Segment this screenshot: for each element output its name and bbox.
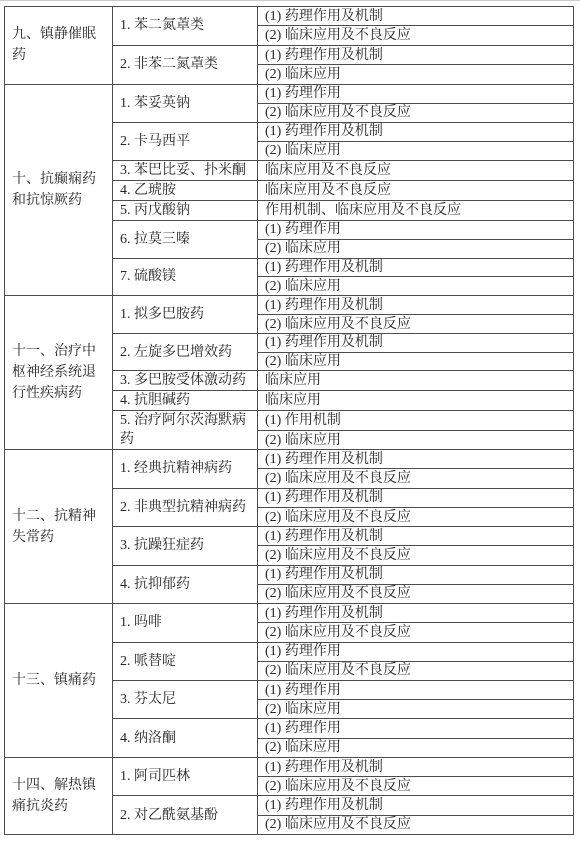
study-points-group: (1) 药理作用及机制(2) 临床应用及不良反应 <box>258 450 573 487</box>
study-point-cell: (1) 药理作用及机制 <box>258 604 573 622</box>
study-point-cell: (2) 临床应用及不良反应 <box>258 468 573 487</box>
category-section-row: 十、抗癫痫药和抗惊厥药1. 苯妥英钠(1) 药理作用(2) 临床应用及不良反应2… <box>5 84 573 296</box>
study-point-cell: 作用机制、临床应用及不良反应 <box>258 201 573 220</box>
study-points-group: (1) 药理作用及机制(2) 临床应用 <box>258 123 573 160</box>
drug-row: 6. 拉莫三嗪(1) 药理作用(2) 临床应用 <box>113 220 573 258</box>
study-point-cell: (2) 临床应用及不良反应 <box>258 661 573 680</box>
drug-row: 1. 吗啡(1) 药理作用及机制(2) 临床应用及不良反应 <box>113 604 573 641</box>
drug-name-cell: 1. 拟多巴胺药 <box>113 296 258 332</box>
drug-row: 2. 对乙酰氨基酚(1) 药理作用及机制(2) 临床应用及不良反应 <box>113 795 573 833</box>
drug-row: 2. 非典型抗精神病药(1) 药理作用及机制(2) 临床应用及不良反应 <box>113 488 573 526</box>
study-point-cell: (2) 临床应用 <box>258 276 573 295</box>
study-point-cell: 临床应用 <box>258 371 573 390</box>
category-cell: 十四、解热镇痛抗炎药 <box>5 758 113 834</box>
drug-name-cell: 2. 卡马西平 <box>113 123 258 160</box>
study-points-group: (1) 药理作用及机制(2) 临床应用及不良反应 <box>258 758 573 795</box>
category-cell: 九、镇静催眠药 <box>5 7 113 84</box>
drug-row: 1. 苯妥英钠(1) 药理作用(2) 临床应用及不良反应 <box>113 85 573 122</box>
drugs-group: 1. 阿司匹林(1) 药理作用及机制(2) 临床应用及不良反应2. 对乙酰氨基酚… <box>113 758 573 834</box>
study-points-group: (1) 药理作用及机制(2) 临床应用及不良反应 <box>258 7 573 45</box>
drug-row: 3. 多巴胺受体激动药临床应用 <box>113 370 573 390</box>
study-point-cell: (1) 药理作用及机制 <box>258 334 573 352</box>
study-points-group: (1) 药理作用及机制(2) 临床应用及不良反应 <box>258 296 573 332</box>
study-points-group: 临床应用 <box>258 371 573 390</box>
drugs-group: 1. 经典抗精神病药(1) 药理作用及机制(2) 临床应用及不良反应2. 非典型… <box>113 450 573 603</box>
study-point-cell: 临床应用及不良反应 <box>258 181 573 200</box>
drug-name-cell: 4. 抗胆碱药 <box>113 391 258 410</box>
drug-name-cell: 1. 吗啡 <box>113 604 258 641</box>
study-points-group: 作用机制、临床应用及不良反应 <box>258 201 573 220</box>
study-point-cell: (1) 药理作用及机制 <box>258 46 573 64</box>
study-points-group: 临床应用及不良反应 <box>258 161 573 180</box>
study-point-cell: (1) 药理作用及机制 <box>258 566 573 584</box>
category-section-row: 十四、解热镇痛抗炎药1. 阿司匹林(1) 药理作用及机制(2) 临床应用及不良反… <box>5 757 573 834</box>
category-section-row: 九、镇静催眠药1. 苯二氮䓬类(1) 药理作用及机制(2) 临床应用及不良反应2… <box>5 7 573 84</box>
study-point-cell: (1) 药理作用及机制 <box>258 259 573 277</box>
category-section-row: 十二、抗精神失常药1. 经典抗精神病药(1) 药理作用及机制(2) 临床应用及不… <box>5 449 573 603</box>
drug-name-cell: 3. 抗躁狂症药 <box>113 527 258 564</box>
study-points-group: 临床应用及不良反应 <box>258 181 573 200</box>
study-point-cell: (1) 药理作用 <box>258 221 573 239</box>
study-points-group: (1) 药理作用(2) 临床应用及不良反应 <box>258 643 573 680</box>
drug-row: 1. 阿司匹林(1) 药理作用及机制(2) 临床应用及不良反应 <box>113 758 573 795</box>
category-cell: 十三、镇痛药 <box>5 604 113 757</box>
drug-name-cell: 5. 治疗阿尔茨海默病药 <box>113 411 258 449</box>
study-points-group: (1) 药理作用(2) 临床应用 <box>258 681 573 718</box>
drug-row: 3. 苯巴比妥、扑米酮临床应用及不良反应 <box>113 160 573 180</box>
drug-name-cell: 4. 乙琥胺 <box>113 181 258 200</box>
study-point-cell: (1) 药理作用 <box>258 643 573 661</box>
drug-row: 4. 纳洛酮(1) 药理作用(2) 临床应用 <box>113 718 573 756</box>
study-point-cell: (2) 临床应用及不良反应 <box>258 314 573 333</box>
category-cell: 十、抗癫痫药和抗惊厥药 <box>5 85 113 296</box>
category-cell: 十二、抗精神失常药 <box>5 450 113 603</box>
study-point-cell: (2) 临床应用及不良反应 <box>258 776 573 795</box>
drug-name-cell: 1. 苯妥英钠 <box>113 85 258 122</box>
study-point-cell: (1) 药理作用及机制 <box>258 450 573 468</box>
drug-name-cell: 2. 对乙酰氨基酚 <box>113 796 258 833</box>
study-point-cell: (2) 临床应用 <box>258 239 573 258</box>
study-points-group: (1) 药理作用及机制(2) 临床应用及不良反应 <box>258 604 573 641</box>
drug-name-cell: 5. 丙戊酸钠 <box>113 201 258 220</box>
document-page: 九、镇静催眠药1. 苯二氮䓬类(1) 药理作用及机制(2) 临床应用及不良反应2… <box>0 0 580 843</box>
study-point-cell: (2) 临床应用 <box>258 430 573 450</box>
study-point-cell: (1) 药理作用 <box>258 681 573 699</box>
study-point-cell: (2) 临床应用 <box>258 699 573 718</box>
drug-row: 3. 抗躁狂症药(1) 药理作用及机制(2) 临床应用及不良反应 <box>113 526 573 564</box>
study-points-group: (1) 作用机制(2) 临床应用 <box>258 411 573 449</box>
drug-name-cell: 4. 纳洛酮 <box>113 719 258 756</box>
drug-name-cell: 7. 硫酸镁 <box>113 259 258 296</box>
study-points-group: (1) 药理作用及机制(2) 临床应用及不良反应 <box>258 527 573 564</box>
study-points-group: (1) 药理作用及机制(2) 临床应用及不良反应 <box>258 489 573 526</box>
drug-row: 5. 治疗阿尔茨海默病药(1) 作用机制(2) 临床应用 <box>113 410 573 449</box>
drug-row: 1. 经典抗精神病药(1) 药理作用及机制(2) 临床应用及不良反应 <box>113 450 573 487</box>
study-point-cell: (2) 临床应用及不良反应 <box>258 815 573 834</box>
drug-name-cell: 2. 哌替啶 <box>113 643 258 680</box>
pharmacology-syllabus-table: 九、镇静催眠药1. 苯二氮䓬类(1) 药理作用及机制(2) 临床应用及不良反应2… <box>4 6 574 835</box>
drug-row: 2. 卡马西平(1) 药理作用及机制(2) 临床应用 <box>113 122 573 160</box>
drug-row: 2. 哌替啶(1) 药理作用(2) 临床应用及不良反应 <box>113 642 573 680</box>
study-points-group: (1) 药理作用及机制(2) 临床应用 <box>258 334 573 370</box>
study-point-cell: (2) 临床应用及不良反应 <box>258 103 573 122</box>
study-points-group: (1) 药理作用及机制(2) 临床应用 <box>258 259 573 296</box>
drug-name-cell: 3. 苯巴比妥、扑米酮 <box>113 161 258 180</box>
study-point-cell: (2) 临床应用 <box>258 141 573 160</box>
study-point-cell: (1) 药理作用及机制 <box>258 123 573 141</box>
drug-row: 3. 芬太尼(1) 药理作用(2) 临床应用 <box>113 680 573 718</box>
drug-name-cell: 2. 左旋多巴增效药 <box>113 334 258 370</box>
study-point-cell: (2) 临床应用及不良反应 <box>258 25 573 44</box>
study-point-cell: 临床应用 <box>258 391 573 410</box>
study-point-cell: (1) 作用机制 <box>258 411 573 430</box>
drug-row: 1. 苯二氮䓬类(1) 药理作用及机制(2) 临床应用及不良反应 <box>113 7 573 45</box>
study-point-cell: (1) 药理作用及机制 <box>258 758 573 776</box>
study-point-cell: (1) 药理作用 <box>258 719 573 737</box>
study-point-cell: (2) 临床应用 <box>258 64 573 83</box>
study-point-cell: 临床应用及不良反应 <box>258 161 573 180</box>
study-points-group: (1) 药理作用及机制(2) 临床应用及不良反应 <box>258 566 573 603</box>
study-points-group: (1) 药理作用及机制(2) 临床应用 <box>258 46 573 84</box>
study-point-cell: (1) 药理作用及机制 <box>258 796 573 814</box>
drug-name-cell: 1. 苯二氮䓬类 <box>113 7 258 45</box>
study-point-cell: (2) 临床应用及不良反应 <box>258 507 573 526</box>
drugs-group: 1. 苯妥英钠(1) 药理作用(2) 临床应用及不良反应2. 卡马西平(1) 药… <box>113 85 573 296</box>
drug-row: 7. 硫酸镁(1) 药理作用及机制(2) 临床应用 <box>113 258 573 296</box>
drug-name-cell: 3. 芬太尼 <box>113 681 258 718</box>
study-point-cell: (2) 临床应用及不良反应 <box>258 584 573 603</box>
drug-name-cell: 3. 多巴胺受体激动药 <box>113 371 258 390</box>
drug-name-cell: 1. 阿司匹林 <box>113 758 258 795</box>
study-point-cell: (2) 临床应用 <box>258 738 573 757</box>
drug-row: 4. 乙琥胺临床应用及不良反应 <box>113 180 573 200</box>
category-cell: 十一、治疗中枢神经系统退行性疾病药 <box>5 296 113 449</box>
drug-name-cell: 4. 抗抑郁药 <box>113 566 258 603</box>
study-points-group: 临床应用 <box>258 391 573 410</box>
study-points-group: (1) 药理作用及机制(2) 临床应用及不良反应 <box>258 796 573 833</box>
drug-name-cell: 2. 非苯二氮䓬类 <box>113 46 258 84</box>
drug-row: 4. 抗抑郁药(1) 药理作用及机制(2) 临床应用及不良反应 <box>113 565 573 603</box>
category-section-row: 十一、治疗中枢神经系统退行性疾病药1. 拟多巴胺药(1) 药理作用及机制(2) … <box>5 295 573 449</box>
study-point-cell: (2) 临床应用及不良反应 <box>258 622 573 641</box>
drug-row: 1. 拟多巴胺药(1) 药理作用及机制(2) 临床应用及不良反应 <box>113 296 573 332</box>
study-point-cell: (2) 临床应用 <box>258 352 573 371</box>
page-top-artifact-line <box>0 0 580 1</box>
drug-row: 2. 非苯二氮䓬类(1) 药理作用及机制(2) 临床应用 <box>113 45 573 84</box>
category-section-row: 十三、镇痛药1. 吗啡(1) 药理作用及机制(2) 临床应用及不良反应2. 哌替… <box>5 603 573 757</box>
study-point-cell: (1) 药理作用及机制 <box>258 527 573 545</box>
drug-row: 5. 丙戊酸钠作用机制、临床应用及不良反应 <box>113 200 573 220</box>
drugs-group: 1. 吗啡(1) 药理作用及机制(2) 临床应用及不良反应2. 哌替啶(1) 药… <box>113 604 573 757</box>
study-point-cell: (1) 药理作用 <box>258 85 573 103</box>
drugs-group: 1. 苯二氮䓬类(1) 药理作用及机制(2) 临床应用及不良反应2. 非苯二氮䓬… <box>113 7 573 84</box>
study-point-cell: (1) 药理作用及机制 <box>258 296 573 314</box>
study-points-group: (1) 药理作用(2) 临床应用 <box>258 221 573 258</box>
study-points-group: (1) 药理作用(2) 临床应用 <box>258 719 573 756</box>
drug-name-cell: 6. 拉莫三嗪 <box>113 221 258 258</box>
drug-row: 2. 左旋多巴增效药(1) 药理作用及机制(2) 临床应用 <box>113 333 573 370</box>
study-point-cell: (2) 临床应用及不良反应 <box>258 545 573 564</box>
drug-name-cell: 1. 经典抗精神病药 <box>113 450 258 487</box>
study-point-cell: (1) 药理作用及机制 <box>258 7 573 25</box>
study-points-group: (1) 药理作用(2) 临床应用及不良反应 <box>258 85 573 122</box>
drugs-group: 1. 拟多巴胺药(1) 药理作用及机制(2) 临床应用及不良反应2. 左旋多巴增… <box>113 296 573 449</box>
drug-name-cell: 2. 非典型抗精神病药 <box>113 489 258 526</box>
drug-row: 4. 抗胆碱药临床应用 <box>113 390 573 410</box>
study-point-cell: (1) 药理作用及机制 <box>258 489 573 507</box>
